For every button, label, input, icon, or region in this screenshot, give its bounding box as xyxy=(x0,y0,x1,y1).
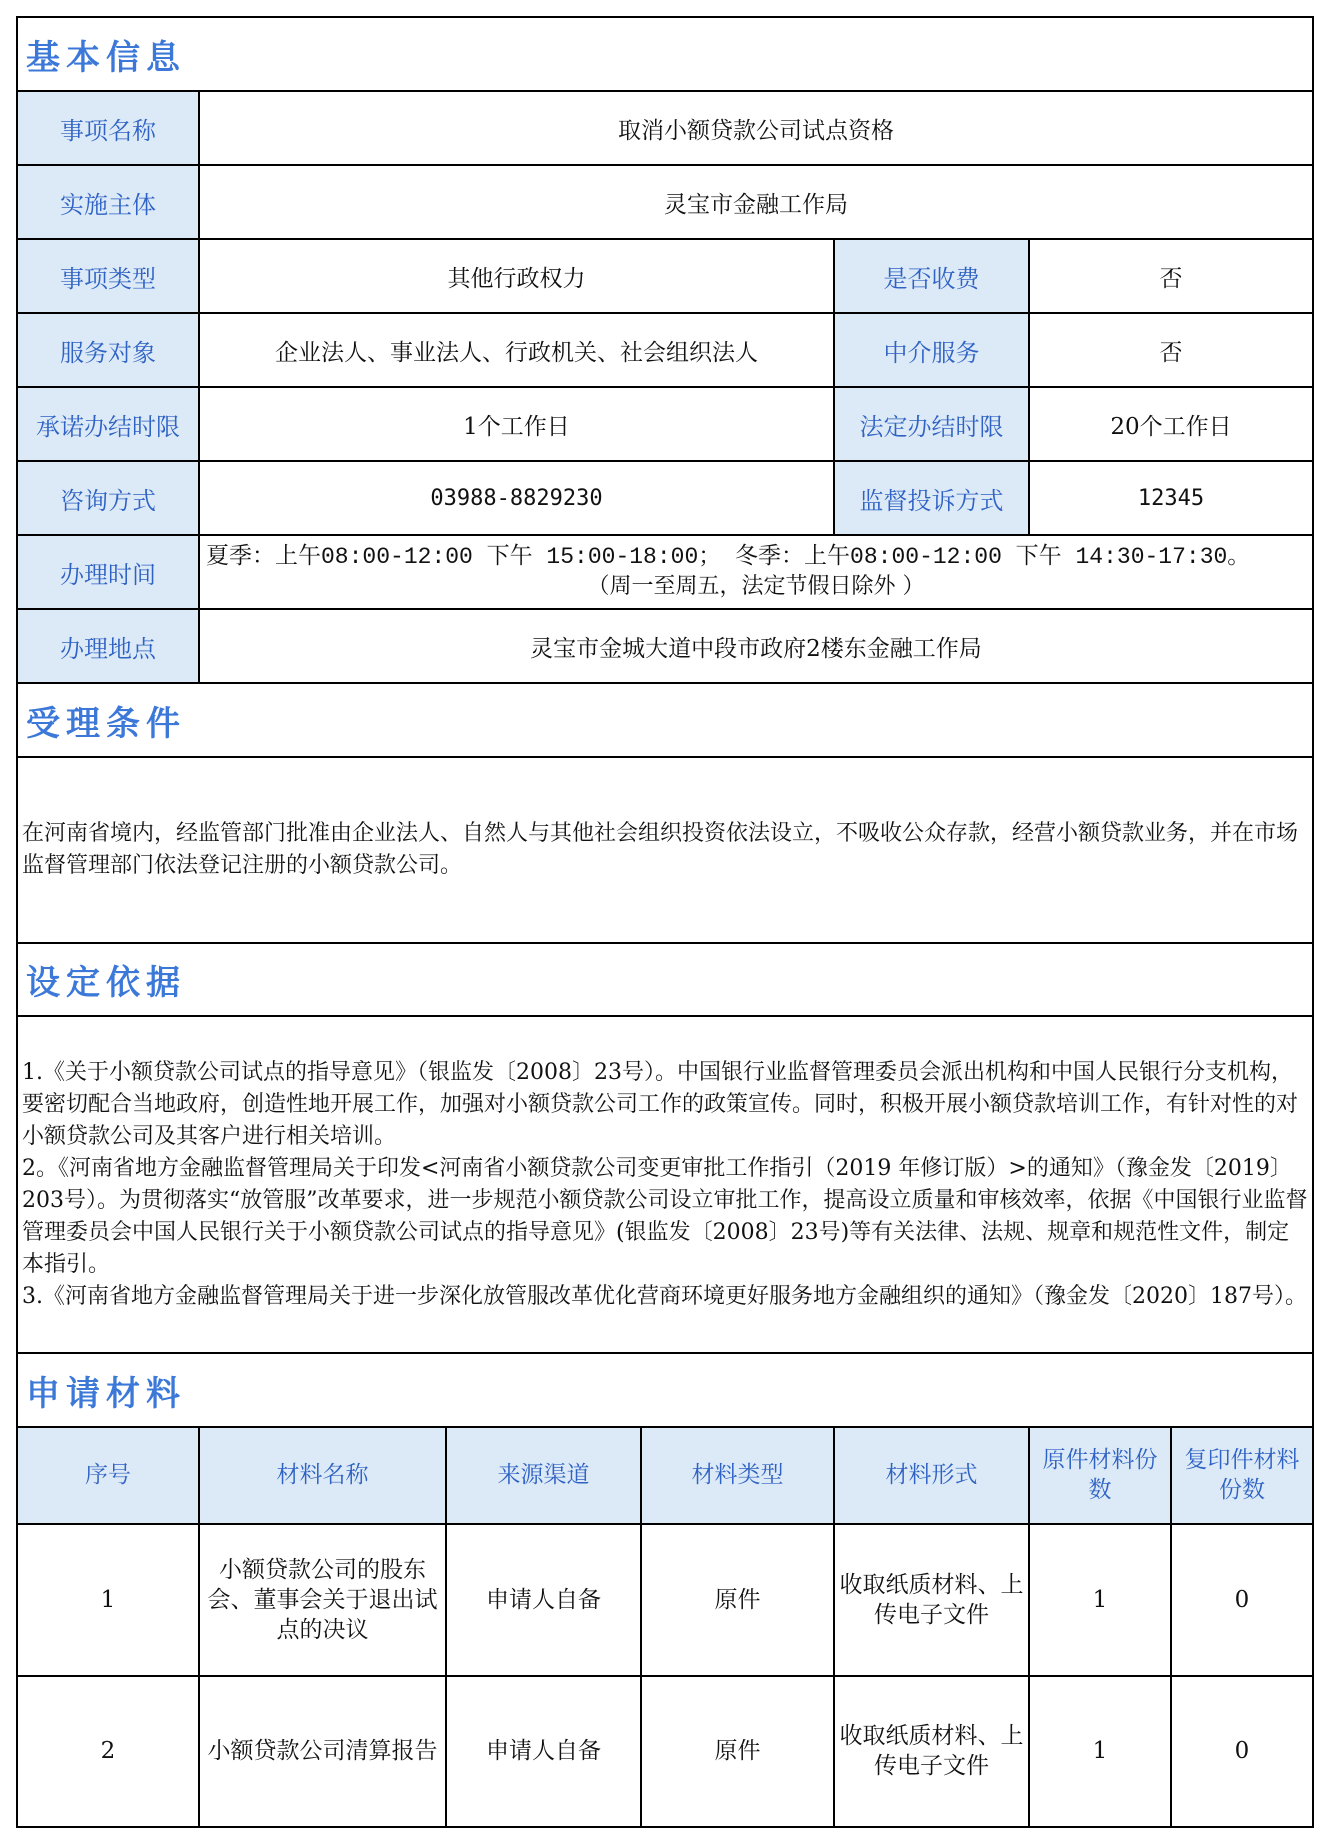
value-implementing-body: 灵宝市金融工作局 xyxy=(199,165,1313,239)
header-copy-count: 复印件材料份数 xyxy=(1171,1427,1313,1524)
row-service-target: 服务对象 企业法人、事业法人、行政机关、社会组织法人 中介服务 否 xyxy=(17,313,1313,387)
header-original-count: 原件材料份数 xyxy=(1029,1427,1171,1524)
cell-copy-count: 0 xyxy=(1171,1524,1313,1676)
value-promised-time: 1个工作日 xyxy=(199,387,834,461)
value-service-target: 企业法人、事业法人、行政机关、社会组织法人 xyxy=(199,313,834,387)
cell-name: 小额贷款公司清算报告 xyxy=(199,1676,446,1827)
label-item-type: 事项类型 xyxy=(17,239,199,313)
cell-source: 申请人自备 xyxy=(446,1524,641,1676)
value-consultation: 03988-8829230 xyxy=(199,461,834,535)
cell-no: 1 xyxy=(17,1524,199,1676)
label-complaint: 监督投诉方式 xyxy=(834,461,1029,535)
cell-original-count: 1 xyxy=(1029,1524,1171,1676)
table-row: 1 小额贷款公司的股东会、董事会关于退出试点的决议 申请人自备 原件 收取纸质材… xyxy=(17,1524,1313,1676)
label-fee: 是否收费 xyxy=(834,239,1029,313)
value-location: 灵宝市金城大道中段市政府2楼东金融工作局 xyxy=(199,609,1313,683)
label-service-target: 服务对象 xyxy=(17,313,199,387)
cell-type: 原件 xyxy=(641,1524,834,1676)
label-implementing-body: 实施主体 xyxy=(17,165,199,239)
materials-header-row: 序号 材料名称 来源渠道 材料类型 材料形式 原件材料份数 复印件材料份数 xyxy=(17,1427,1313,1524)
cell-name: 小额贷款公司的股东会、董事会关于退出试点的决议 xyxy=(199,1524,446,1676)
header-form: 材料形式 xyxy=(834,1427,1029,1524)
label-location: 办理地点 xyxy=(17,609,199,683)
value-intermediary: 否 xyxy=(1029,313,1313,387)
value-item-name: 取消小额贷款公司试点资格 xyxy=(199,91,1313,165)
office-hours-line1: 夏季：上午08:00-12:00 下午 15:00-18:00； 冬季：上午08… xyxy=(206,542,1306,572)
row-time-limits: 承诺办结时限 1个工作日 法定办结时限 20个工作日 xyxy=(17,387,1313,461)
value-legal-time: 20个工作日 xyxy=(1029,387,1313,461)
header-source: 来源渠道 xyxy=(446,1427,641,1524)
service-guide-sheet: 基本信息 事项名称 取消小额贷款公司试点资格 实施主体 灵宝市金融工作局 事项类… xyxy=(16,16,1312,1828)
label-promised-time: 承诺办结时限 xyxy=(17,387,199,461)
legal-basis-item-3: 3.《河南省地方金融监督管理局关于进一步深化放管服改革优化营商环境更好服务地方金… xyxy=(22,1281,1308,1313)
table-row: 2 小额贷款公司清算报告 申请人自备 原件 收取纸质材料、上传电子文件 1 0 xyxy=(17,1676,1313,1827)
office-hours-line2: （周一至周五，法定节假日除外 ） xyxy=(206,572,1306,602)
value-item-type: 其他行政权力 xyxy=(199,239,834,313)
row-location: 办理地点 灵宝市金城大道中段市政府2楼东金融工作局 xyxy=(17,609,1313,683)
row-office-hours: 办理时间 夏季：上午08:00-12:00 下午 15:00-18:00； 冬季… xyxy=(17,535,1313,609)
label-consultation: 咨询方式 xyxy=(17,461,199,535)
row-implementing-body: 实施主体 灵宝市金融工作局 xyxy=(17,165,1313,239)
cell-no: 2 xyxy=(17,1676,199,1827)
legal-basis-item-1: 1.《关于小额贷款公司试点的指导意见》（银监发〔2008〕23号）。中国银行业监… xyxy=(22,1057,1308,1153)
cell-form: 收取纸质材料、上传电子文件 xyxy=(834,1676,1029,1827)
section-title-legal-basis: 设定依据 xyxy=(17,943,1313,1016)
row-contact: 咨询方式 03988-8829230 监督投诉方式 12345 xyxy=(17,461,1313,535)
section-title-acceptance-conditions: 受理条件 xyxy=(17,683,1313,757)
cell-type: 原件 xyxy=(641,1676,834,1827)
header-no: 序号 xyxy=(17,1427,199,1524)
header-name: 材料名称 xyxy=(199,1427,446,1524)
value-office-hours: 夏季：上午08:00-12:00 下午 15:00-18:00； 冬季：上午08… xyxy=(199,535,1313,609)
value-complaint: 12345 xyxy=(1029,461,1313,535)
acceptance-conditions-text: 在河南省境内，经监管部门批准由企业法人、自然人与其他社会组织投资依法设立，不吸收… xyxy=(17,757,1313,943)
basic-info-table: 基本信息 事项名称 取消小额贷款公司试点资格 实施主体 灵宝市金融工作局 事项类… xyxy=(16,16,1314,1428)
cell-source: 申请人自备 xyxy=(446,1676,641,1827)
cell-original-count: 1 xyxy=(1029,1676,1171,1827)
label-legal-time: 法定办结时限 xyxy=(834,387,1029,461)
row-item-type: 事项类型 其他行政权力 是否收费 否 xyxy=(17,239,1313,313)
header-type: 材料类型 xyxy=(641,1427,834,1524)
section-title-application-materials: 申请材料 xyxy=(17,1353,1313,1427)
label-intermediary: 中介服务 xyxy=(834,313,1029,387)
row-item-name: 事项名称 取消小额贷款公司试点资格 xyxy=(17,91,1313,165)
label-item-name: 事项名称 xyxy=(17,91,199,165)
label-office-hours: 办理时间 xyxy=(17,535,199,609)
legal-basis-item-2: 2。《河南省地方金融监督管理局关于印发<河南省小额贷款公司变更审批工作指引（20… xyxy=(22,1153,1308,1281)
section-title-basic-info: 基本信息 xyxy=(17,17,1313,91)
legal-basis-content: 1.《关于小额贷款公司试点的指导意见》（银监发〔2008〕23号）。中国银行业监… xyxy=(17,1016,1313,1353)
cell-copy-count: 0 xyxy=(1171,1676,1313,1827)
value-fee: 否 xyxy=(1029,239,1313,313)
materials-table: 序号 材料名称 来源渠道 材料类型 材料形式 原件材料份数 复印件材料份数 1 … xyxy=(16,1426,1314,1828)
cell-form: 收取纸质材料、上传电子文件 xyxy=(834,1524,1029,1676)
